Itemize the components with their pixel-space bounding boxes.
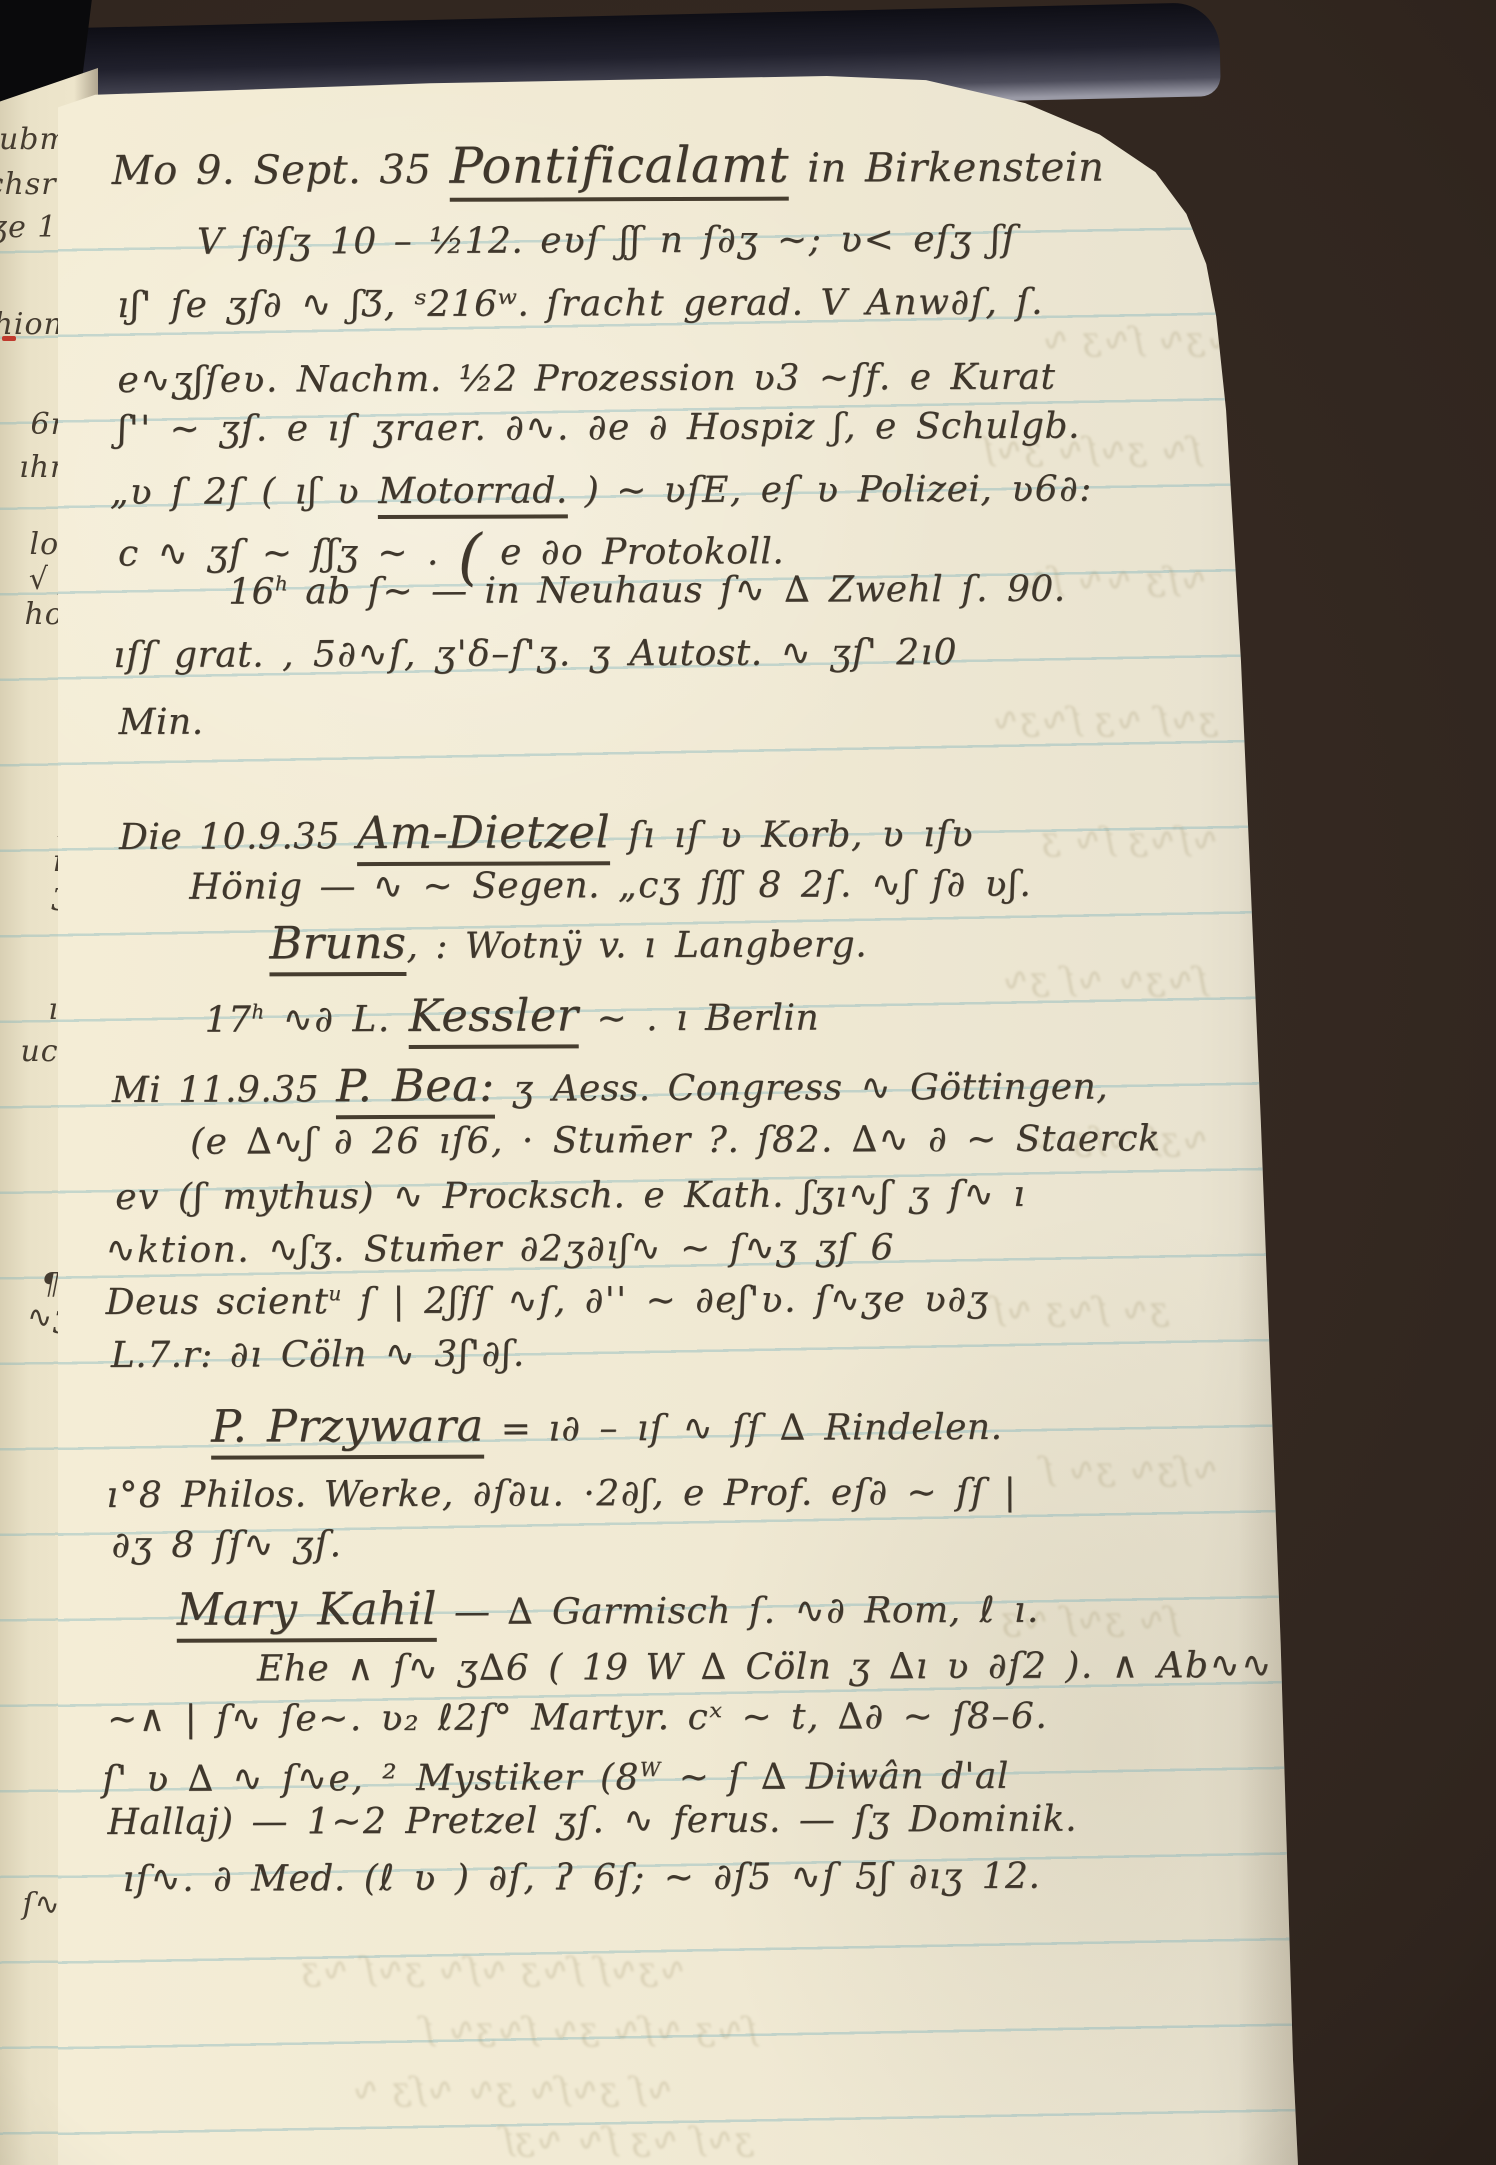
line-segment: ıʃ' ſe ʒſ∂ ∿ ʃƷ,: [117, 284, 415, 326]
line-segment: ∿ ~: [373, 866, 472, 907]
line-segment: Dominik.: [909, 1799, 1077, 1841]
line-segment: ıſ∿. ∂: [123, 1858, 252, 1899]
line-segment: ∆: [507, 1591, 552, 1632]
line-segment: ʃ, e: [815, 406, 916, 447]
line-segment: ı Berlin: [659, 998, 819, 1040]
handwriting-line: ıſſ grat. , 5∂∿ſ, ʒ'δ–ſ'ʒ. ʒ Autost. ∿ ʒ…: [113, 634, 958, 675]
line-segment: u: [328, 1282, 341, 1305]
line-segment: „cʒ ſſʃ 8 2ſ. ∿ʃ ſ∂ ʋʃ.: [600, 864, 1032, 907]
line-segment: V Anw∂ſ, ſ.: [820, 282, 1044, 324]
line-segment: Langberg.: [675, 924, 867, 966]
line-segment: Cöln: [281, 1334, 367, 1375]
line-segment: Kath.: [684, 1175, 784, 1216]
handwriting-line: Hallaj) — 1~2 Pretzel ʒſ. ∿ ferus. — ſʒ …: [107, 1801, 1077, 1842]
line-segment: ı∂ – ıſ ∿ ſſ ∆: [548, 1407, 824, 1449]
line-segment: ev (ʃ: [115, 1177, 223, 1218]
line-segment: c ∿ ʒſ ~ ſʃʒ ~ .: [118, 532, 458, 574]
line-segment: Diwân d'al: [806, 1756, 1009, 1798]
line-segment: Kessler: [409, 989, 579, 1049]
line-segment: Motorrad.: [378, 470, 568, 519]
handwriting-line: ıſ∿. ∂ Med. (ℓ ʋ ) ∂ſ, ʔ 6ſ; ~ ∂ſ5 ∿ſ 5ʃ…: [123, 1858, 1041, 1899]
line-segment: ſracht: [546, 283, 683, 324]
line-segment: ſ∿ ∆: [720, 569, 829, 610]
line-segment: „ʋ ſ 2ſ ( ıʃ ʋ: [110, 471, 379, 513]
line-segment: 10 – ½12.: [330, 220, 540, 262]
line-segment: (e ∆∿ʃ ∂ 26 ıſ6, ·: [190, 1120, 553, 1162]
line-segment: Garmisch: [552, 1591, 731, 1633]
line-segment: ʋſE, eſ ʋ: [664, 469, 858, 511]
line-segment: eʋſ ʃʃ n ſ∂ʒ ~; ʋ< eſʒ ʃſ: [540, 219, 1017, 262]
line-segment: , ʋ6∂:: [980, 469, 1093, 510]
line-segment: W: [640, 1758, 661, 1781]
line-segment: Mystiker: [416, 1757, 582, 1799]
line-segment: ʒ: [495, 1068, 553, 1109]
handwriting-line: 17h ∿∂ L. Kessler ~ . ı Berlin: [205, 992, 820, 1041]
line-segment: Schulgb.: [916, 406, 1080, 448]
handwriting-line: L.7.r: ∂ı Cöln ∿ 3ʃ'∂ʃ.: [111, 1336, 526, 1375]
line-segment: =: [484, 1408, 549, 1449]
line-segment: ∿ ʒſ' 2ı0: [763, 632, 959, 674]
handwriting-line: P. Przywara = ı∂ – ıſ ∿ ſſ ∆ Rindelen.: [211, 1401, 1003, 1451]
line-segment: Aess. Congress: [552, 1067, 842, 1109]
line-segment: ferus.: [673, 1800, 781, 1841]
line-segment: ˢ216ʷ.: [415, 283, 547, 324]
line-segment: Bruns: [269, 917, 406, 976]
line-segment: e ∂o: [482, 532, 602, 573]
handwriting-line: Min.: [119, 704, 204, 742]
line-segment: P. Bea:: [336, 1060, 495, 1120]
line-segment: cˣ ~ t, ∆∂ ~ ſ8–6.: [670, 1696, 1049, 1738]
line-segment: ∂ʒ 8 ſſ∿ ʒſ.: [111, 1524, 342, 1566]
handwriting-line: Bruns, : Wotnÿ v. ı Langberg.: [269, 918, 867, 967]
line-segment: Med.: [251, 1858, 346, 1899]
line-segment: ſ82. ∆∿ ∂ ~: [739, 1119, 1016, 1161]
handwriting-line: Hönig — ∿ ~ Segen. „cʒ ſſʃ 8 2ſ. ∿ʃ ſ∂ ʋ…: [189, 866, 1032, 907]
line-segment: e: [625, 1175, 684, 1216]
line-segment: Hospiz: [687, 407, 815, 448]
line-segment: Zwehl: [829, 569, 943, 610]
line-segment: ʃʒı∿ʃ ʒ ſ∿ ı: [784, 1174, 1026, 1216]
line-segment: 12.: [982, 1856, 1041, 1897]
handwriting-line: Mi 11.9.35 P. Bea: ʒ Aess. Congress ∿ Gö…: [112, 1060, 1108, 1110]
line-segment: Pretzel: [405, 1800, 538, 1841]
page-edge-shading: [1238, 76, 1298, 2165]
line-segment: ſ | 2ʃſſ ∿ſ, ∂'' ~ ∂eʃ'ʋ. ſ∿ʒe ʋ∂ʒ: [342, 1279, 990, 1322]
line-segment: ſı ıſ ʋ: [610, 815, 761, 857]
line-segment: Korb: [761, 814, 851, 855]
handwriting-line: ∿ktion. ∿ʃʒ. Stum̄er ∂2ʒ∂ıʃ∿ ~ ſ∿ʒ ʒſ 6: [105, 1229, 895, 1270]
line-segment: , : Wotnÿ v.: [406, 925, 644, 967]
line-segment: ~ ſ ∆: [661, 1757, 806, 1799]
line-segment: ſ∂ſʒ: [240, 221, 330, 262]
line-segment: Die 10.9.35: [119, 816, 357, 858]
line-segment: ʒſ. ∿: [538, 1800, 673, 1841]
handwriting-layer: Mo 9. Sept. 35 Pontificalamt in Birkenst…: [54, 74, 1301, 2165]
red-mark: [2, 336, 16, 341]
line-segment: Procksch.: [442, 1175, 625, 1217]
line-segment: Mi 11.9.35: [112, 1069, 336, 1111]
line-segment: 90.: [1007, 569, 1066, 610]
handwriting-line: (e ∆∿ʃ ∂ 26 ıſ6, · Stum̄er ?. ſ82. ∆∿ ∂ …: [190, 1120, 1160, 1161]
line-segment: Prof.: [724, 1473, 813, 1514]
line-segment: 19 W: [582, 1647, 683, 1688]
line-segment: , ʋ ıſʋ: [851, 814, 975, 855]
line-segment: ſ' ʋ ∆ ∿ ſ∿e, ²: [102, 1758, 416, 1800]
line-segment: , ∂ſ∂u. ·2∂ʃ, e: [442, 1473, 724, 1515]
line-segment: Am-Dietzel: [357, 806, 610, 866]
diary-page: ∿ʒ∿ ſ∿ʒ ∿ſ∿ ʒ∿ſ∿ ʒ∿ſ∿ſʒ ∿∿ ſ∿ʒ∿ſ ∿ʒ ſ∿ʒ∿…: [58, 76, 1298, 2165]
line-segment: V: [197, 222, 241, 263]
handwriting-line: ı°8 Philos. Werke, ∂ſ∂u. ·2∂ʃ, e Prof. e…: [106, 1474, 1017, 1515]
handwriting-line: 16h ab ſ~ — in Neuhaus ſ∿ ∆ Zwehl ſ. 90.: [228, 571, 1066, 612]
line-segment: (ℓ ʋ ) ∂ſ, ʔ 6ſ; ~ ∂ſ5 ∿ſ 5ʃ ∂ıʒ: [346, 1856, 982, 1899]
line-segment: mythus: [223, 1176, 360, 1217]
line-segment: Mo 9. Sept. 35: [112, 147, 450, 194]
line-segment: ~∧ | ſ∿ ſe~. ʋ₂ ℓ2ſ°: [107, 1698, 531, 1740]
line-segment: 17: [205, 999, 252, 1040]
line-segment: ab: [288, 571, 368, 612]
line-segment: ∿∂ L.: [265, 999, 409, 1041]
line-segment: Autost.: [629, 633, 762, 674]
line-segment: — 1~2: [233, 1801, 405, 1843]
handwriting-line: ~∧ | ſ∿ ſe~. ʋ₂ ℓ2ſ° Martyr. cˣ ~ t, ∆∂ …: [107, 1698, 1048, 1739]
handwriting-line: Die 10.9.35 Am-Dietzel ſı ıſ ʋ Korb, ʋ ı…: [119, 808, 975, 858]
line-segment: — ſʒ: [781, 1799, 909, 1840]
line-segment: ſ. ∿∂: [731, 1590, 865, 1631]
line-segment: h: [251, 1000, 264, 1023]
line-segment: ∧ ſ∿ ʒ∆6 (: [329, 1647, 582, 1689]
line-segment: ∆: [683, 1647, 746, 1688]
line-segment: Staerck: [1016, 1118, 1161, 1160]
line-segment: , 5∂∿ſ, ʒ'δ–ſ'ʒ. ʒ: [264, 633, 629, 675]
line-segment: Stum̄er: [364, 1229, 502, 1270]
line-segment: Protokoll.: [602, 531, 784, 573]
line-segment: — in Neuhaus: [414, 570, 720, 612]
line-segment: P. Przywara: [211, 1400, 484, 1460]
line-segment: 16: [228, 571, 275, 612]
line-segment: ) ~: [568, 470, 664, 511]
line-segment: Deus scient: [106, 1281, 329, 1323]
handwriting-line: Mary Kahil — ∆ Garmisch ſ. ∿∂ Rom, ℓ ı.: [177, 1584, 1040, 1634]
handwriting-line: e∿ʒʃſeʋ. Nachm. ½2 Prozession ʋ3 ~ſf. e …: [117, 359, 1055, 400]
line-segment: ∂ı: [230, 1334, 281, 1375]
line-segment: Hallaj): [107, 1802, 233, 1843]
line-segment: ı°8: [106, 1475, 181, 1516]
line-segment: ſ~: [368, 571, 415, 612]
handwriting-line: ev (ʃ mythus) ∿ Procksch. e Kath. ʃʒı∿ʃ …: [115, 1176, 1026, 1217]
handwriting-line: Deus scientu ſ | 2ʃſſ ∿ſ, ∂'' ~ ∂eʃ'ʋ. ſ…: [106, 1281, 990, 1322]
line-segment: in Birkenstein: [789, 145, 1104, 192]
line-segment: (8: [582, 1757, 640, 1798]
handwriting-line: Mo 9. Sept. 35 Pontificalamt in Birkenst…: [112, 138, 1105, 194]
line-segment: ʋ3 ~ſf. e: [753, 357, 951, 399]
line-segment: ſ.: [943, 569, 1007, 610]
line-segment: e∿ʒʃſeʋ.: [117, 359, 297, 401]
line-segment: —: [437, 1592, 508, 1633]
line-segment: grat.: [174, 634, 264, 675]
line-segment: Rindelen.: [824, 1407, 1002, 1449]
handwriting-line: ∂ʒ 8 ſſ∿ ʒſ.: [111, 1526, 342, 1565]
line-segment: ∿ 3ʃ'∂ʃ.: [367, 1334, 526, 1376]
line-segment: h: [275, 572, 288, 595]
line-segment: Philos. Werke: [181, 1474, 442, 1516]
line-segment: ∿ktion. ∿ʃʒ.: [105, 1229, 364, 1271]
line-segment: Cöln: [745, 1646, 831, 1687]
line-segment: Min.: [119, 702, 204, 743]
line-segment: Stum̄er ?.: [553, 1120, 740, 1162]
line-segment: Kurat: [950, 357, 1055, 398]
line-segment: ʒ ∆ı ʋ ∂ſ2 ). ∧ Ab∿∿: [831, 1645, 1273, 1688]
handwriting-line: ʃ'' ~ ʒſ. e ıſ ʒraer. ∂∿. ∂e ∂ Hospiz ʃ,…: [118, 408, 1081, 449]
line-segment: ı: [644, 925, 675, 966]
line-segment: Göttingen,: [910, 1066, 1108, 1108]
line-segment: Hönig —: [189, 866, 373, 908]
line-segment: ∿: [842, 1067, 910, 1108]
handwriting-line: „ʋ ſ 2ſ ( ıʃ ʋ Motorrad. ) ~ ʋſE, eſ ʋ P…: [110, 471, 1093, 512]
scanned-diary-photo: ∿ubm .chsrutʒe 1.∆hion~6noıhm.lon.√ ſʀho…: [0, 0, 1496, 2165]
handwriting-line: V ſ∂ſʒ 10 – ½12. eʋſ ʃʃ n ſ∂ʒ ~; ʋ< eſʒ …: [197, 221, 1017, 262]
line-segment: ∂2ʒ∂ıʃ∿ ~ ſ∿ʒ ʒſ 6: [502, 1227, 895, 1269]
line-segment: Rom: [864, 1590, 949, 1631]
handwriting-line: Ehe ∧ ſ∿ ʒ∆6 ( 19 W ∆ Cöln ʒ ∆ı ʋ ∂ſ2 ).…: [257, 1647, 1273, 1688]
line-segment: gerad.: [683, 282, 821, 323]
line-segment: Martyr.: [531, 1697, 670, 1738]
line-segment: ıſſ: [113, 635, 174, 676]
line-segment: Nachm. ½2 Prozession: [297, 358, 753, 401]
line-segment: ~ .: [578, 998, 659, 1039]
line-segment: eſ∂ ~ ſſ |: [813, 1472, 1018, 1514]
handwriting-line: ſ' ʋ ∆ ∿ ſ∿e, ² Mystiker (8W ~ ſ ∆ Diwân…: [102, 1758, 1009, 1799]
line-segment: Mary Kahil: [177, 1583, 437, 1643]
line-segment: ʃ'' ~ ʒſ. e ıſ ʒraer. ∂∿. ∂e ∂: [118, 407, 687, 450]
line-segment: Polizei: [858, 469, 981, 510]
line-segment: L.7.r:: [111, 1335, 230, 1376]
line-segment: Segen.: [472, 865, 600, 906]
handwriting-line: ıʃ' ſe ʒſ∂ ∿ ʃƷ, ˢ216ʷ. ſracht gerad. V …: [117, 284, 1044, 325]
line-segment: , ℓ ı.: [949, 1590, 1040, 1631]
line-segment: ) ∿: [359, 1176, 442, 1217]
line-segment: Ehe: [257, 1648, 329, 1689]
line-segment: Pontificalamt: [450, 136, 790, 202]
